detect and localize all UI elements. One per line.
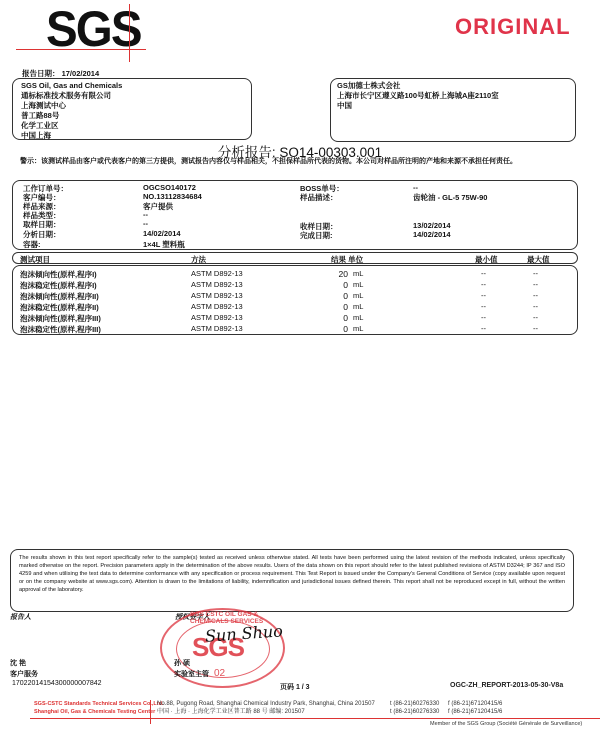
header-result-unit: 结果 单位 (331, 254, 363, 265)
report-date-value: 17/02/2014 (62, 69, 100, 78)
issuer-line: 普工路88号 (21, 111, 243, 121)
table-row: 泡沫倾向性(原样,程序III)ASTM D892-130mL---- (13, 313, 577, 323)
seal-number: 02 (214, 668, 225, 679)
reporter-label: 报告人 (10, 612, 31, 622)
report-date-label: 报告日期： (22, 69, 60, 78)
original-stamp: ORIGINAL (455, 14, 571, 40)
form-reference: OGC-ZH_REPORT-2013-05-30-V8a (450, 682, 563, 689)
results-table-header: 测试项目 方法 结果 单位 最小值 最大值 (12, 252, 578, 264)
cell-method: ASTM D892-13 (191, 324, 243, 333)
footer-phone-1: t (86-21)60276330 (390, 700, 439, 708)
disclaimer-text: The results shown in this test report sp… (19, 554, 565, 594)
table-row: 泡沫稳定性(原样,程序II)ASTM D892-130mL---- (13, 302, 577, 312)
customer-line: 上海市长宁区遵义路100号虹桥上海城A座2110室 (337, 91, 569, 101)
cell-unit: mL (353, 324, 363, 333)
table-row: 泡沫稳定性(原样,程序I)ASTM D892-130mL---- (13, 280, 577, 290)
footer-address-cn: 中国 · 上海 · 上海化学工业区普工路 88 号 邮编: 201507 (157, 708, 375, 716)
info-value: 14/02/2014 (143, 229, 181, 238)
footer-fax-1: f (86-21)67120415/6 (448, 700, 502, 708)
cell-test-item: 泡沫倾向性(原样,程序II) (20, 291, 99, 302)
info-value: 13/02/2014 (413, 221, 451, 230)
customer-line: GS加德士株式会社 (337, 81, 569, 91)
issuer-line: 通标标准技术服务有限公司 (21, 91, 243, 101)
results-table-body: 泡沫倾向性(原样,程序I)ASTM D892-1320mL----泡沫稳定性(原… (12, 265, 578, 335)
table-row: 泡沫稳定性(原样,程序III)ASTM D892-130mL---- (13, 324, 577, 334)
footer-divider-vertical (150, 700, 151, 724)
info-value: 1×4L 塑料瓶 (143, 239, 185, 250)
cell-max: -- (533, 324, 538, 333)
info-label: 完成日期: (300, 230, 333, 241)
signer-name: 孙 硕 (174, 658, 190, 668)
issuer-line: SGS Oil, Gas and Chemicals (21, 81, 243, 91)
cell-result: 20 (308, 269, 348, 279)
cell-unit: mL (353, 269, 363, 278)
info-label: 样品描述： (300, 192, 338, 203)
issuer-line: 化学工业区 (21, 121, 243, 131)
info-value: NO.13112834684 (143, 192, 202, 201)
cell-max: -- (533, 291, 538, 300)
cell-max: -- (533, 269, 538, 278)
cell-result: 0 (308, 324, 348, 334)
disclaimer-box: The results shown in this test report sp… (10, 549, 574, 612)
footer-company-center: Shanghai Oil, Gas & Chemicals Testing Ce… (34, 708, 164, 716)
reporter-name: 沈 艳 (10, 658, 26, 668)
reporter-title: 客户服务 (10, 669, 38, 679)
cell-min: -- (481, 302, 486, 311)
info-value: -- (413, 183, 418, 192)
cell-result: 0 (308, 313, 348, 323)
issuer-address-box: SGS Oil, Gas and Chemicals 通标标准技术服务有限公司 … (12, 78, 252, 140)
issuer-line: 中国上海 (21, 131, 243, 141)
warning-notice: 警示：该测试样品由客户或代表客户的第三方提供，测试报告内容仅与样品相关，不担保样… (20, 157, 580, 167)
table-row: 泡沫倾向性(原样,程序II)ASTM D892-130mL---- (13, 291, 577, 301)
footer-address: No.88, Pugong Road, Shanghai Chemical In… (157, 700, 375, 716)
cell-min: -- (481, 280, 486, 289)
info-value: OGCSO140172 (143, 183, 196, 192)
header-max: 最大值 (527, 254, 550, 265)
footer-phone: t (86-21)60276330 t (86-21)60276330 (390, 700, 439, 716)
signer-title: 实验室主管 (174, 669, 209, 679)
logo-divider-vertical (129, 4, 130, 62)
cell-result: 0 (308, 291, 348, 301)
footer-address-en: No.88, Pugong Road, Shanghai Chemical In… (157, 700, 375, 708)
cell-unit: mL (353, 313, 363, 322)
page-number: 页码 1 / 3 (280, 682, 310, 692)
cell-test-item: 泡沫稳定性(原样,程序I) (20, 280, 97, 291)
sgs-logo: SGS (46, 4, 141, 54)
footer-phone-2: t (86-21)60276330 (390, 708, 439, 716)
cell-min: -- (481, 269, 486, 278)
header-method: 方法 (191, 254, 206, 265)
cell-min: -- (481, 313, 486, 322)
cell-method: ASTM D892-13 (191, 280, 243, 289)
cell-test-item: 泡沫倾向性(原样,程序III) (20, 313, 101, 324)
cell-test-item: 泡沫倾向性(原样,程序I) (20, 269, 97, 280)
footer-divider (30, 718, 600, 719)
customer-line: 中国 (337, 101, 569, 111)
cell-result: 0 (308, 280, 348, 290)
footer-member-note: Member of the SGS Group (Société Général… (430, 721, 582, 727)
info-value: 14/02/2014 (413, 230, 451, 239)
table-row: 泡沫倾向性(原样,程序I)ASTM D892-1320mL---- (13, 269, 577, 279)
cell-unit: mL (353, 302, 363, 311)
cell-method: ASTM D892-13 (191, 313, 243, 322)
footer-fax: f (86-21)67120415/6 f (86-21)67120415/6 (448, 700, 502, 716)
footer-company: SGS-CSTC Standards Technical Services Co… (34, 700, 164, 716)
customer-address-box: GS加德士株式会社 上海市长宁区遵义路100号虹桥上海城A座2110室 中国 (330, 78, 576, 142)
info-label: 容器: (23, 239, 41, 250)
info-value: -- (143, 210, 148, 219)
cell-test-item: 泡沫稳定性(原样,程序II) (20, 302, 99, 313)
header-test-item: 测试项目 (20, 254, 50, 265)
cell-unit: mL (353, 291, 363, 300)
info-value: 齿轮油 - GL-5 75W-90 (413, 192, 487, 203)
footer-fax-2: f (86-21)67120415/6 (448, 708, 502, 716)
cell-min: -- (481, 291, 486, 300)
header-min: 最小值 (475, 254, 498, 265)
cell-min: -- (481, 324, 486, 333)
cell-test-item: 泡沫稳定性(原样,程序III) (20, 324, 101, 335)
cell-method: ASTM D892-13 (191, 269, 243, 278)
cell-result: 0 (308, 302, 348, 312)
cell-max: -- (533, 313, 538, 322)
cell-method: ASTM D892-13 (191, 302, 243, 311)
cell-max: -- (533, 280, 538, 289)
footer-company-en: SGS-CSTC Standards Technical Services Co… (34, 700, 164, 708)
cell-method: ASTM D892-13 (191, 291, 243, 300)
logo-divider (16, 49, 146, 50)
sample-info-box: 工作订单号： OGCSO140172 客户编号： NO.13112834684 … (12, 180, 578, 250)
reporter-id: 17022014154300000007842 (12, 680, 102, 687)
cell-unit: mL (353, 280, 363, 289)
issuer-line: 上海测试中心 (21, 101, 243, 111)
cell-max: -- (533, 302, 538, 311)
info-value: -- (143, 219, 148, 228)
